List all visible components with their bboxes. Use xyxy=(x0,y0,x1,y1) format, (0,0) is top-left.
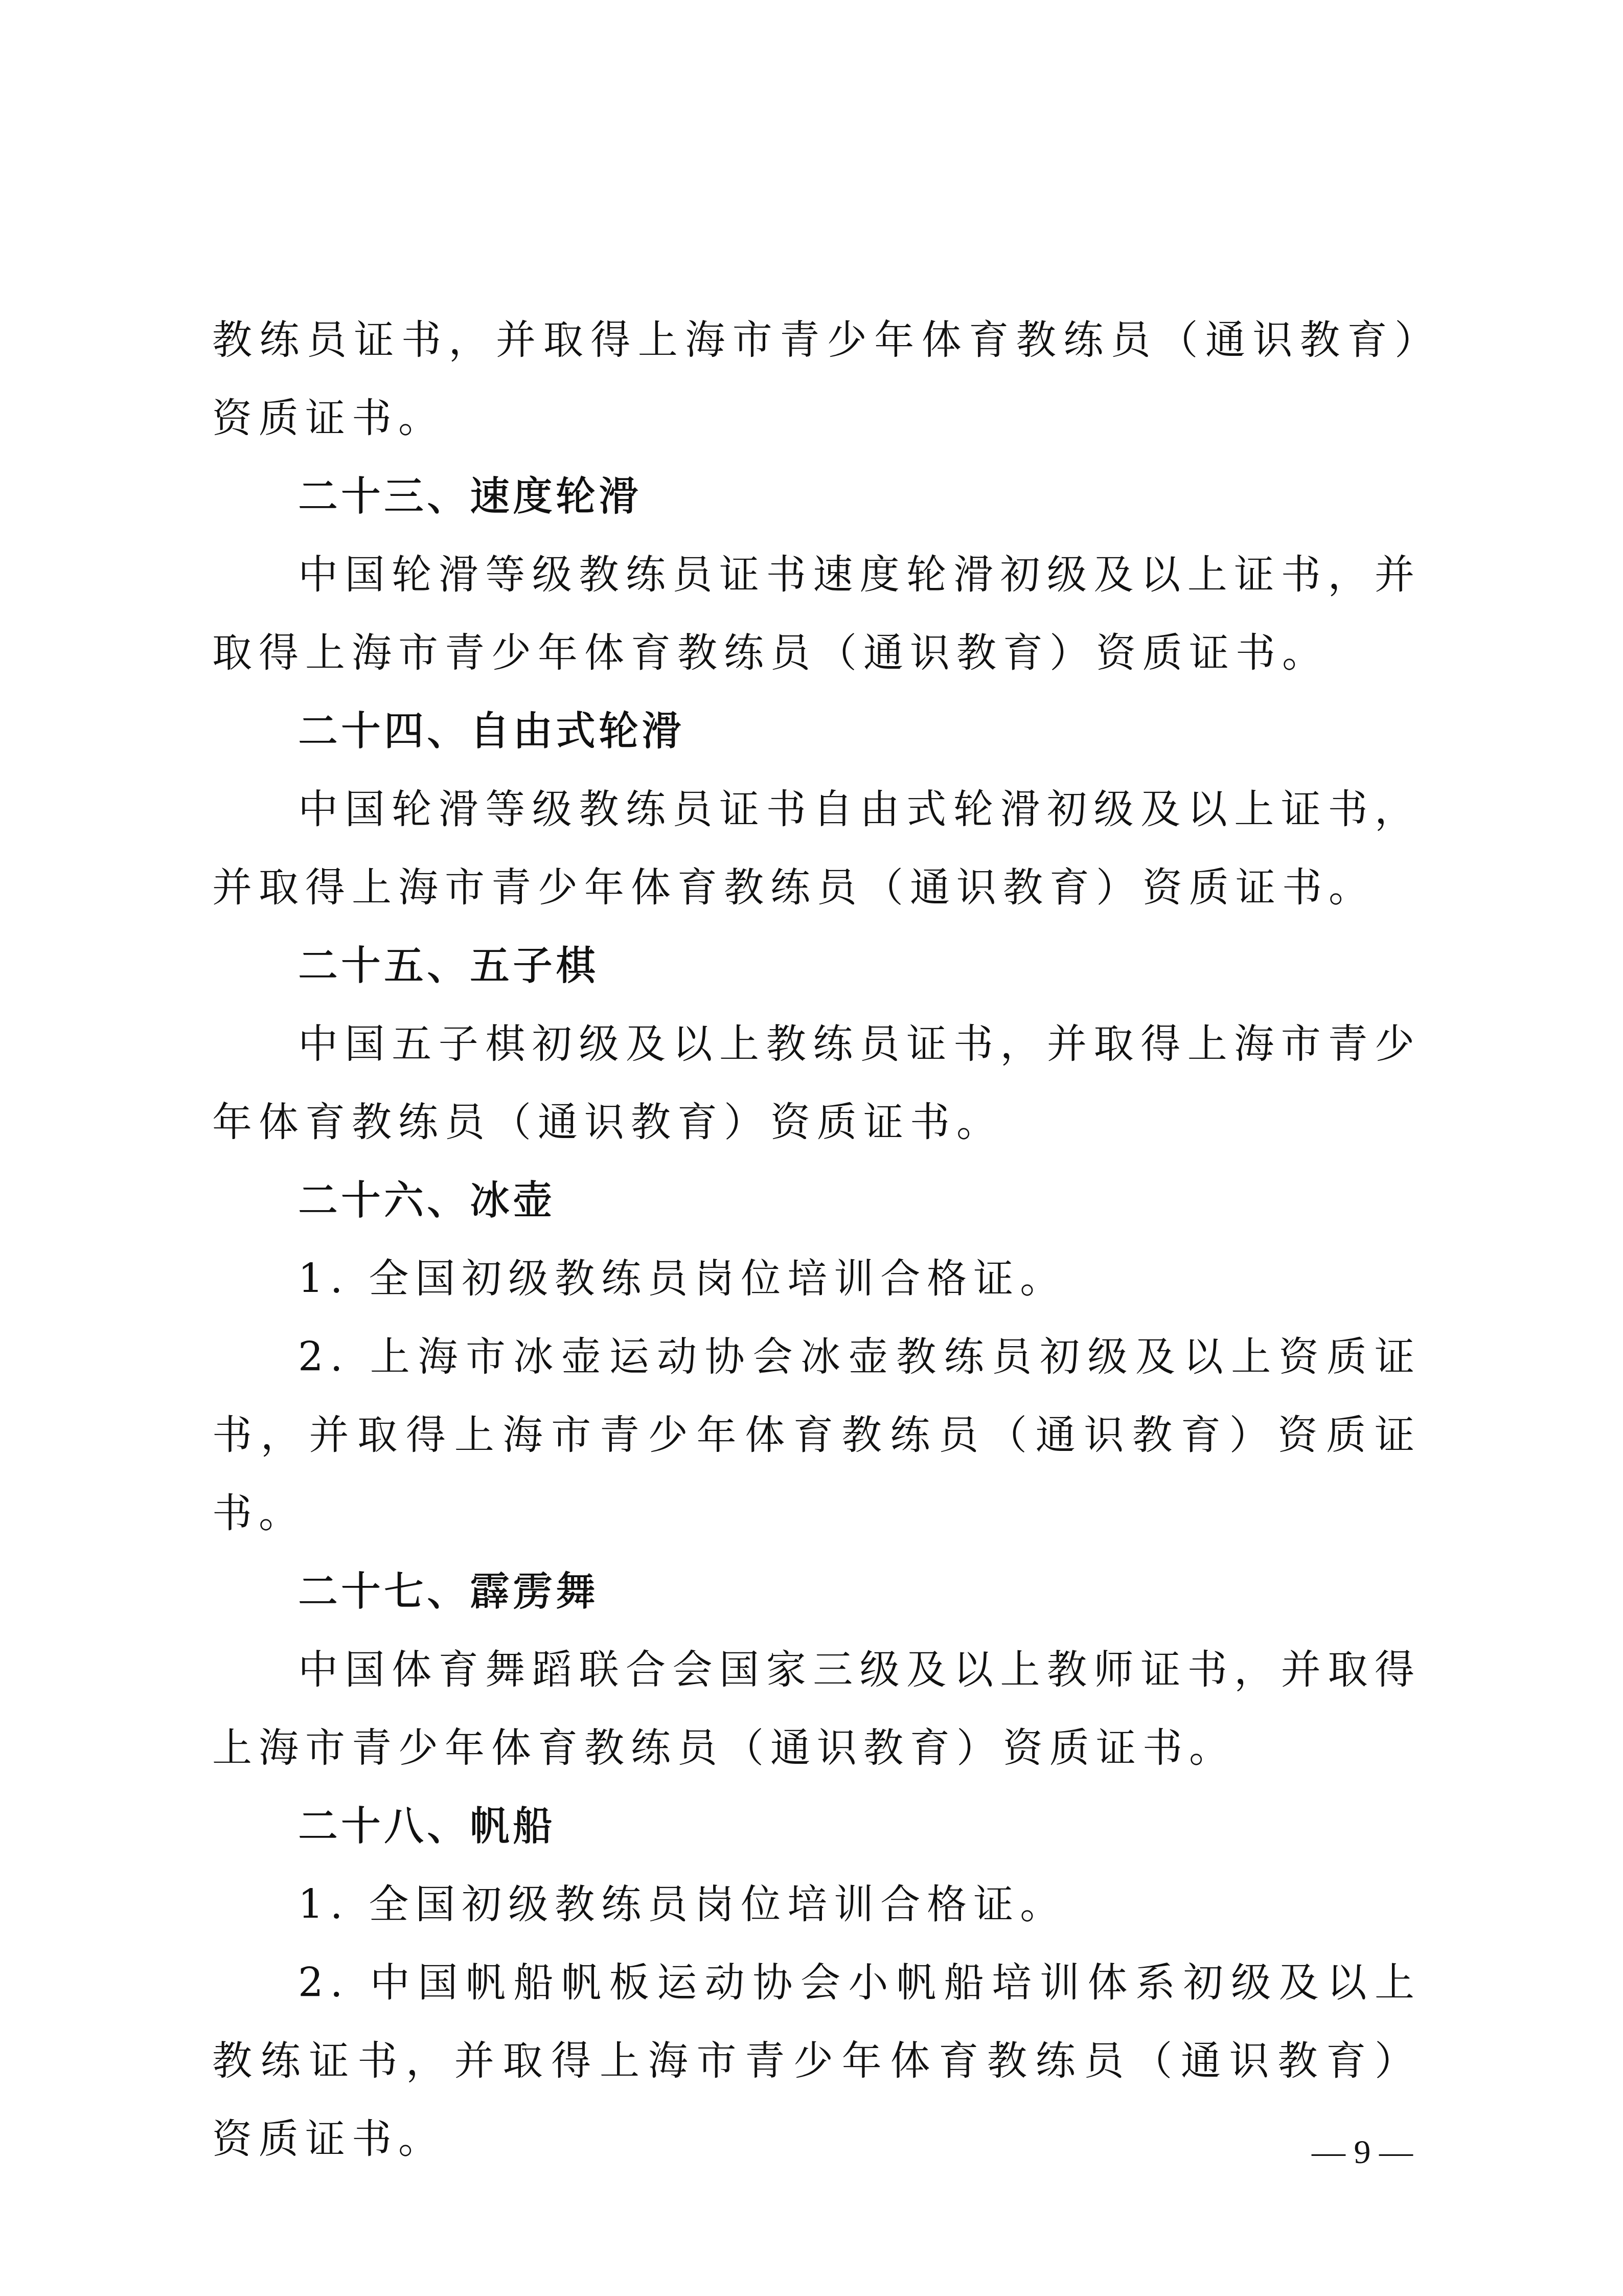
section-heading-28: 二十八、帆船 xyxy=(212,1788,1421,1866)
paragraph-sailing-item-2: 2. 中国帆船帆板运动协会小帆船培训体系初级及以上教练证书，并取得上海市青少年体… xyxy=(212,1944,1421,2179)
paragraph-gomoku: 中国五子棋初级及以上教练员证书，并取得上海市青少年体育教练员（通识教育）资质证书… xyxy=(212,1006,1421,1162)
page-number: — 9 — xyxy=(1301,2129,1424,2175)
section-heading-24: 二十四、自由式轮滑 xyxy=(212,693,1421,771)
section-heading-26: 二十六、冰壶 xyxy=(212,1162,1421,1240)
section-heading-23: 二十三、速度轮滑 xyxy=(212,458,1421,536)
section-heading-25: 二十五、五子棋 xyxy=(212,927,1421,1006)
paragraph-breakdance: 中国体育舞蹈联合会国家三级及以上教师证书，并取得上海市青少年体育教练员（通识教育… xyxy=(212,1631,1421,1788)
document-body: 教练员证书，并取得上海市青少年体育教练员（通识教育）资质证书。 二十三、速度轮滑… xyxy=(212,302,1421,2179)
section-heading-27: 二十七、霹雳舞 xyxy=(212,1553,1421,1631)
paragraph-curling-item-1: 1. 全国初级教练员岗位培训合格证。 xyxy=(212,1240,1421,1319)
paragraph-curling-item-2: 2. 上海市冰壶运动协会冰壶教练员初级及以上资质证书，并取得上海市青少年体育教练… xyxy=(212,1319,1421,1553)
paragraph-freestyle-skating: 中国轮滑等级教练员证书自由式轮滑初级及以上证书，并取得上海市青少年体育教练员（通… xyxy=(212,771,1421,927)
paragraph-continuation: 教练员证书，并取得上海市青少年体育教练员（通识教育）资质证书。 xyxy=(212,302,1421,458)
paragraph-speed-skating: 中国轮滑等级教练员证书速度轮滑初级及以上证书，并取得上海市青少年体育教练员（通识… xyxy=(212,536,1421,693)
paragraph-sailing-item-1: 1. 全国初级教练员岗位培训合格证。 xyxy=(212,1866,1421,1944)
